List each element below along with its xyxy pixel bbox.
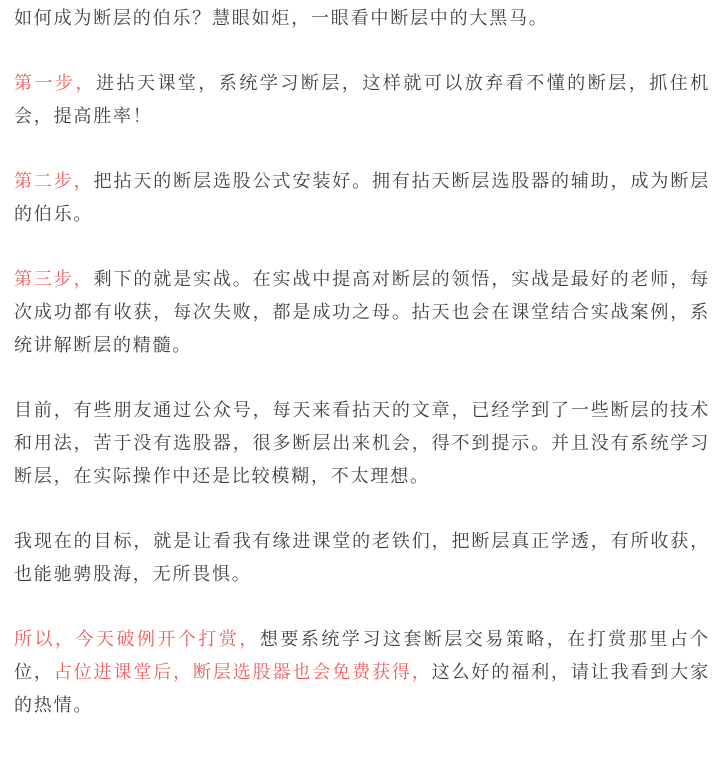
text-segment: 进拈天课堂，系统学习断层，这样就可以放弃看不懂的断层，抓住机会，提高胜率！ xyxy=(14,73,710,126)
text-segment: 目前，有些朋友通过公众号，每天来看拈天的文章，已经学到了一些断层的技术和用法，苦… xyxy=(14,400,710,486)
paragraph: 第二步，把拈天的断层选股公式安装好。拥有拈天断层选股器的辅助，成为断层的伯乐。 xyxy=(14,165,710,231)
paragraph: 如何成为断层的伯乐？慧眼如炬，一眼看中断层中的大黑马。 xyxy=(14,2,710,35)
highlighted-text-segment: 占位进课堂后，断层选股器也会免费获得， xyxy=(54,662,432,682)
text-segment: 剩下的就是实战。在实战中提高对断层的领悟，实战是最好的老师，每次成功都有收获，每… xyxy=(14,269,710,355)
text-segment: 把拈天的断层选股公式安装好。拥有拈天断层选股器的辅助，成为断层的伯乐。 xyxy=(14,171,710,224)
text-segment: 如何成为断层的伯乐？慧眼如炬，一眼看中断层中的大黑马。 xyxy=(14,8,549,28)
paragraph: 第三步，剩下的就是实战。在实战中提高对断层的领悟，实战是最好的老师，每次成功都有… xyxy=(14,263,710,362)
highlighted-text-segment: 第三步， xyxy=(14,269,94,289)
paragraph: 第一步，进拈天课堂，系统学习断层，这样就可以放弃看不懂的断层，抓住机会，提高胜率… xyxy=(14,67,710,133)
text-segment: 我现在的目标，就是让看我有缘进课堂的老铁们，把断层真正学透，有所收获，也能驰骋股… xyxy=(14,531,710,584)
paragraph: 我现在的目标，就是让看我有缘进课堂的老铁们，把断层真正学透，有所收获，也能驰骋股… xyxy=(14,525,710,591)
highlighted-text-segment: 所以，今天破例开个打赏， xyxy=(14,629,260,649)
article-body: 如何成为断层的伯乐？慧眼如炬，一眼看中断层中的大黑马。第一步，进拈天课堂，系统学… xyxy=(0,0,724,750)
paragraph: 目前，有些朋友通过公众号，每天来看拈天的文章，已经学到了一些断层的技术和用法，苦… xyxy=(14,394,710,493)
paragraph: 所以，今天破例开个打赏，想要系统学习这套断层交易策略，在打赏那里占个位，占位进课… xyxy=(14,623,710,722)
highlighted-text-segment: 第二步， xyxy=(14,171,94,191)
highlighted-text-segment: 第一步， xyxy=(14,73,96,93)
